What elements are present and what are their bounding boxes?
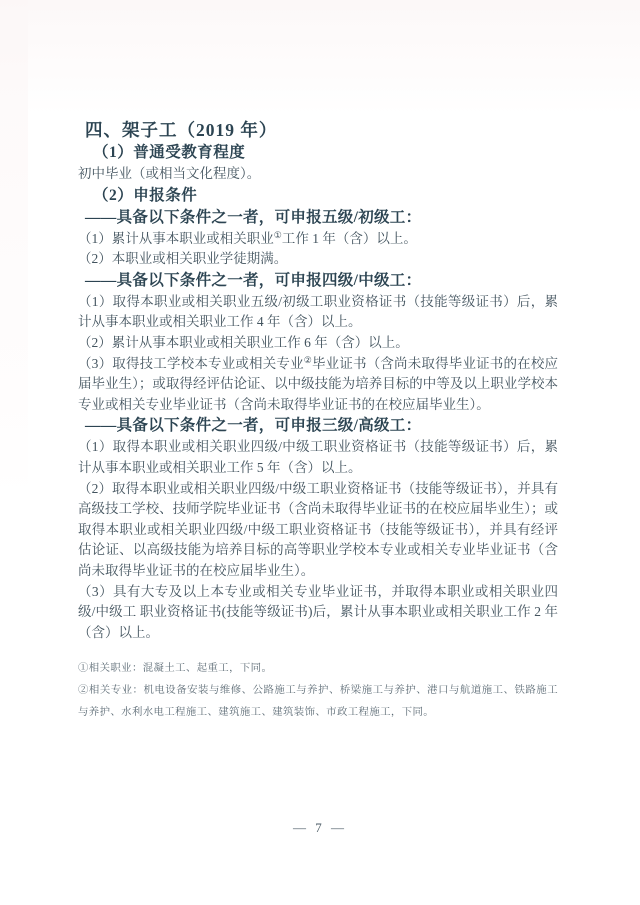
footnote-ref-2: ② [304,355,312,365]
level3-item-3: （3）具有大专及以上本专业或相关专业毕业证书，并取得本职业或相关职业四级/中级工… [78,582,558,644]
footnotes-block: ①相关职业：混凝土工、起重工，下同。 ②相关专业：机电设备安装与维修、公路施工与… [78,658,558,724]
level4-item-1: （1）取得本职业或相关职业五级/初级工职业资格证书（技能等级证书）后，累计从事本… [78,292,558,333]
level3-heading: ——具备以下条件之一者，可申报三级/高级工： [85,415,558,437]
page-number: — 7 — [0,820,640,836]
level5-item-1-text-cont: 工作 1 年（含）以上。 [282,231,417,246]
level4-heading: ——具备以下条件之一者，可申报四级/中级工： [85,270,558,292]
level5-item-2: （2）本职业或相关职业学徒期满。 [78,249,558,270]
level4-item-3-text: （3）取得技工学校本专业或相关专业 [78,356,304,371]
level5-item-1: （1）累计从事本职业或相关职业①工作 1 年（含）以上。 [78,229,558,250]
scan-artifact-top [0,0,640,115]
level5-item-1-text: （1）累计从事本职业或相关职业 [78,231,274,246]
section-title: 四、架子工（2019 年） [85,118,558,142]
scan-artifact-left [0,0,28,500]
level4-item-3: （3）取得技工学校本专业或相关专业②毕业证书（含尚未取得毕业证书的在校应届毕业生… [78,354,558,416]
footnote-ref-1: ① [274,230,282,240]
level5-heading: ——具备以下条件之一者，可申报五级/初级工： [85,207,558,229]
document-content: 四、架子工（2019 年） （1）普通受教育程度 初中毕业（或相当文化程度）。 … [78,118,558,724]
footnote-2: ②相关专业：机电设备安装与维修、公路施工与养护、桥梁施工与养护、港口与航道施工、… [78,680,558,724]
apply-conditions-heading: （2）申报条件 [93,185,558,207]
education-heading: （1）普通受教育程度 [93,142,558,164]
scanned-document-page: 四、架子工（2019 年） （1）普通受教育程度 初中毕业（或相当文化程度）。 … [0,0,640,905]
level3-item-1: （1）取得本职业或相关职业四级/中级工职业资格证书（技能等级证书）后，累计从事本… [78,437,558,478]
level4-item-2: （2）累计从事本职业或相关职业工作 6 年（含）以上。 [78,333,558,354]
level3-item-2: （2）取得本职业或相关职业四级/中级工职业资格证书（技能等级证书），并具有高级技… [78,479,558,582]
footnote-1: ①相关职业：混凝土工、起重工，下同。 [78,658,558,680]
education-text: 初中毕业（或相当文化程度）。 [78,164,558,185]
